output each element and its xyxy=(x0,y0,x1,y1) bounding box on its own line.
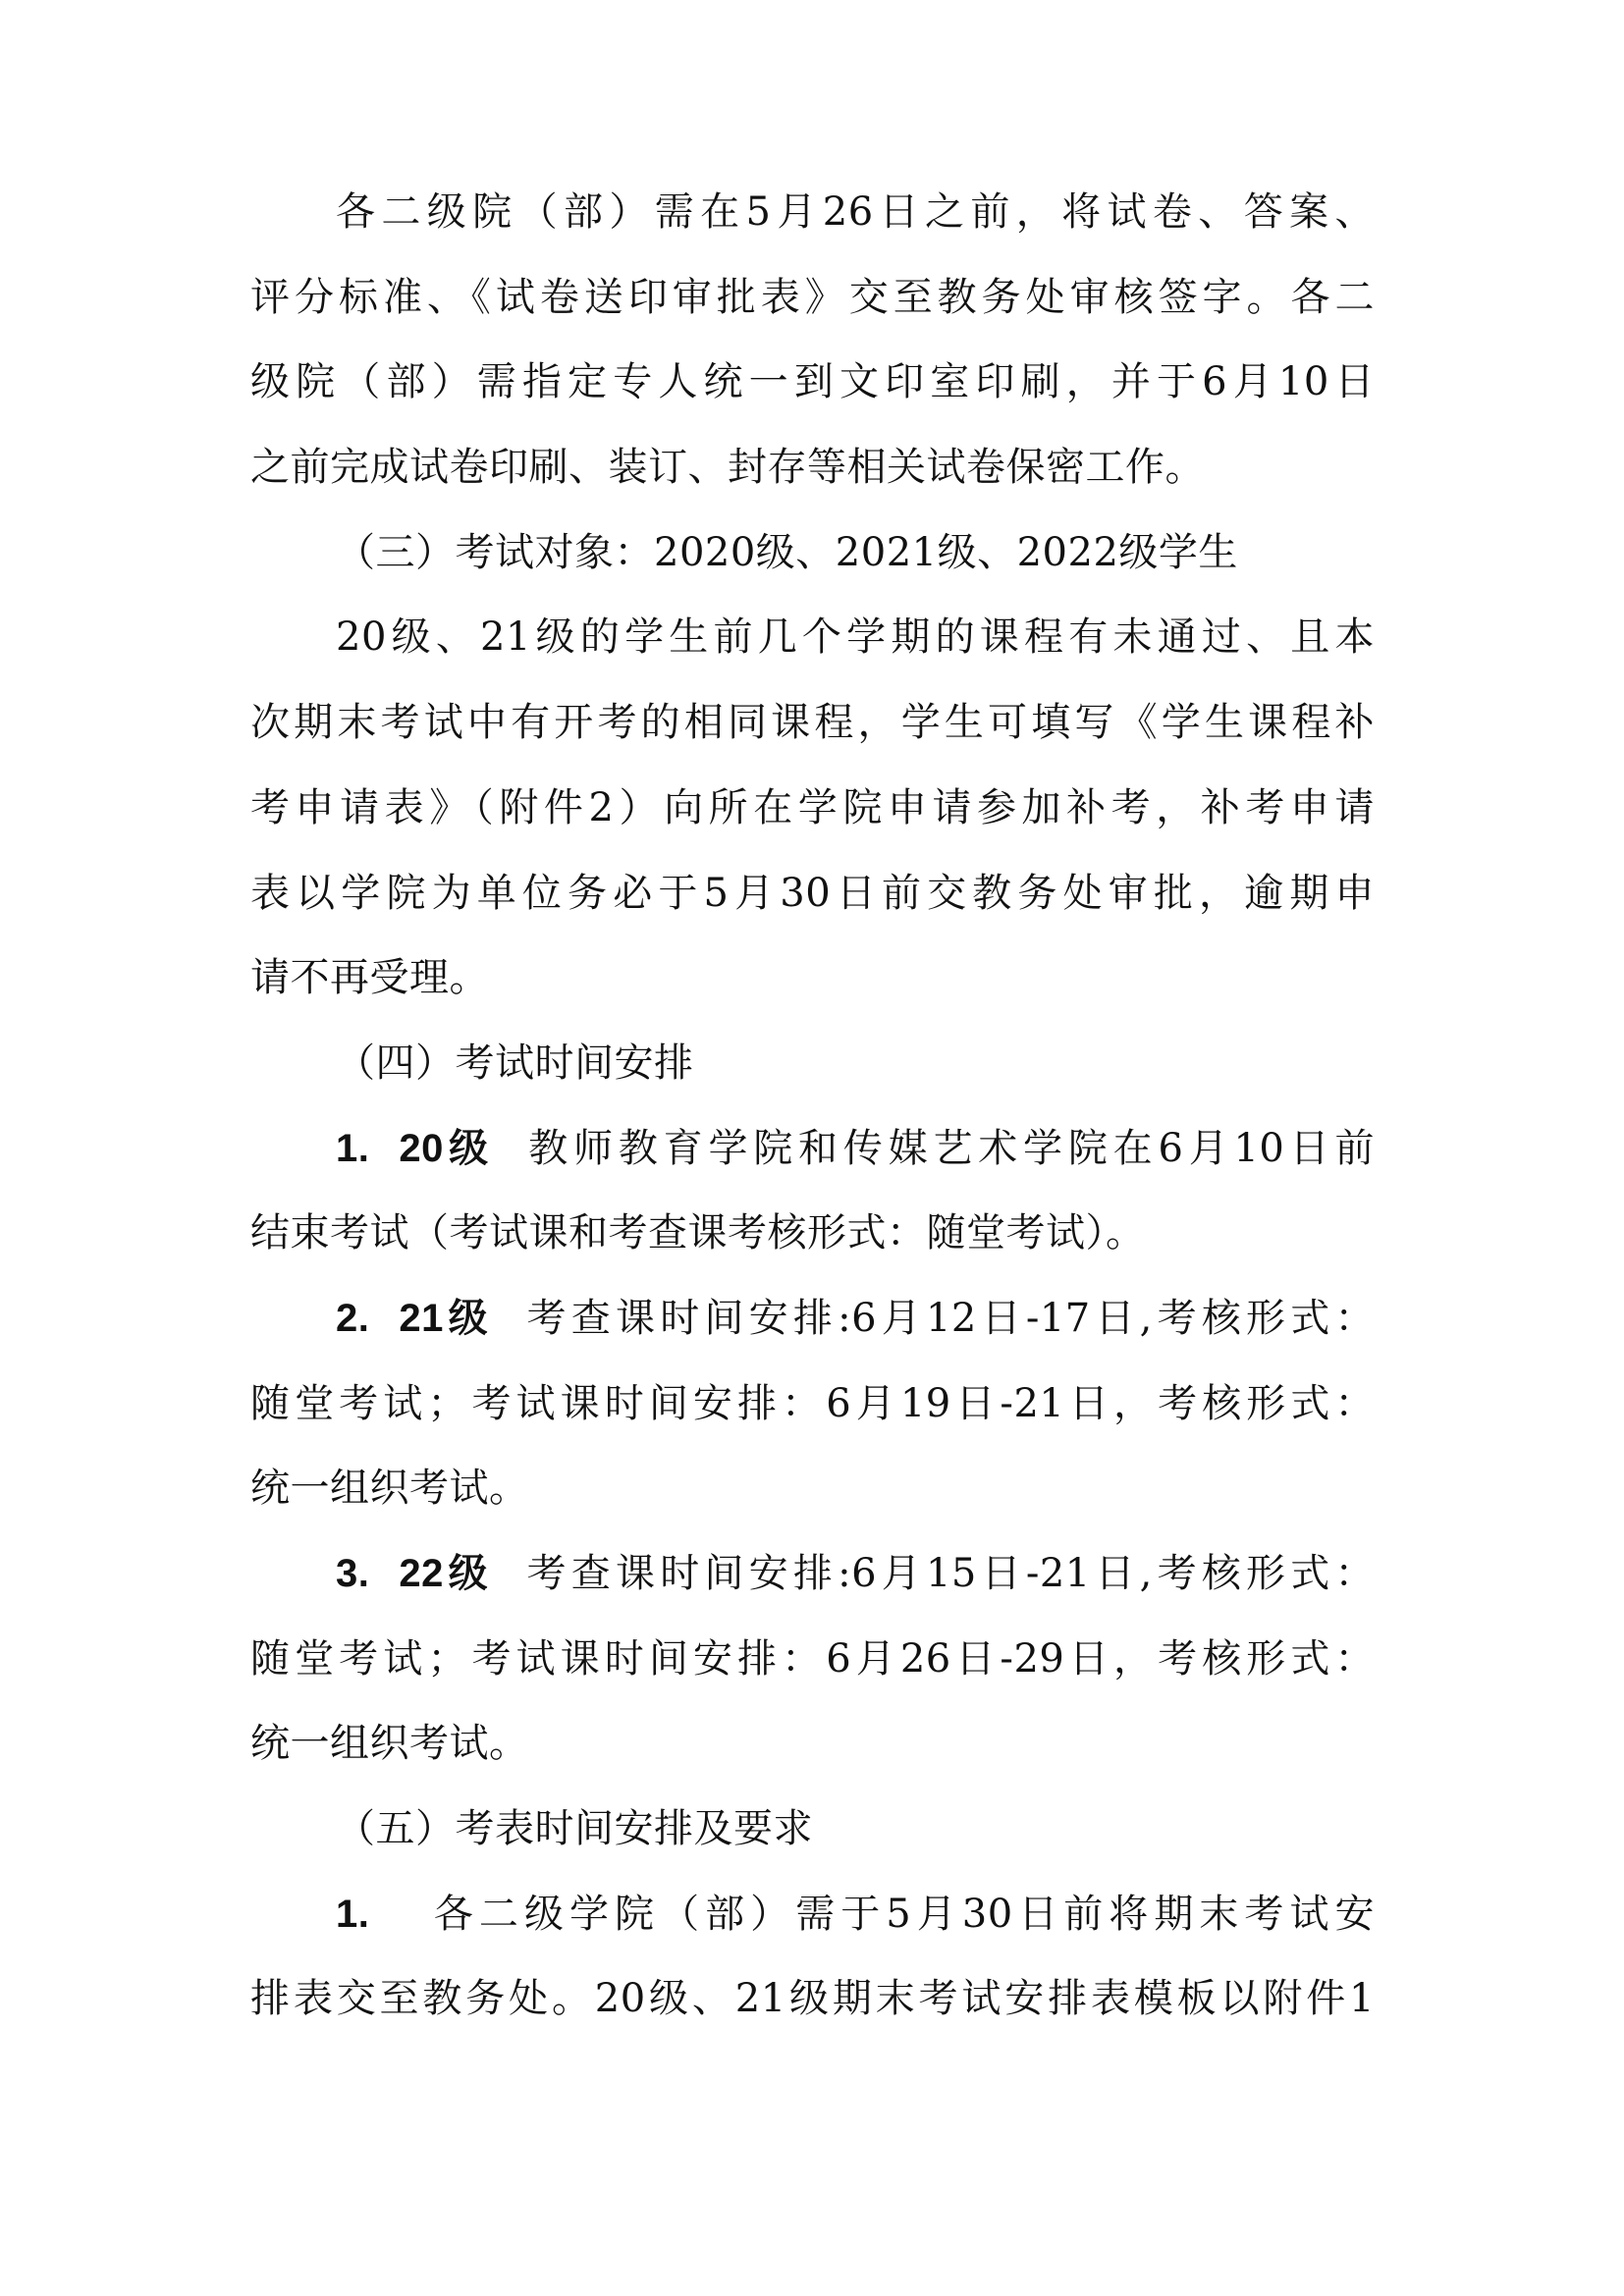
paragraph-line: 统一组织考试。 xyxy=(250,1446,1375,1531)
list-item-schedule: 1.各二级学院（部）需于5月30日前将期末考试安 xyxy=(250,1872,1375,1957)
paragraph-line: 表以学院为单位务必于5月30日前交教务处审批，逾期申 xyxy=(250,851,1375,936)
list-item-22: 3.22级考查课时间安排:6月15日-21日,考核形式： xyxy=(250,1531,1375,1617)
item-number: 2. xyxy=(336,1297,369,1340)
item-text: 考查课时间安排:6月15日-21日,考核形式： xyxy=(522,1551,1375,1596)
list-item-21: 2.21级考查课时间安排:6月12日-17日,考核形式： xyxy=(250,1276,1375,1362)
paragraph-line: 统一组织考试。 xyxy=(250,1701,1375,1787)
paragraph-line: 结束考试（考试课和考查课考核形式：随堂考试）。 xyxy=(250,1191,1375,1276)
item-number: 1. xyxy=(336,1127,369,1170)
paragraph-line: 排表交至教务处。20级、21级期末考试安排表模板以附件1 xyxy=(250,1956,1375,2042)
paragraph-line: 20级、21级的学生前几个学期的课程有未通过、且本 xyxy=(250,595,1375,680)
item-grade: 22级 xyxy=(399,1552,492,1595)
paragraph-line: 随堂考试；考试课时间安排：6月19日-21日，考核形式： xyxy=(250,1362,1375,1447)
section-heading-5: （五）考表时间安排及要求 xyxy=(250,1787,1375,1872)
paragraph-line: 评分标准、《试卷送印审批表》交至教务处审核签字。各二 xyxy=(250,255,1375,341)
paragraph-line: 考申请表》（附件2）向所在学院申请参加补考，补考申请 xyxy=(250,766,1375,851)
paragraph-line: 之前完成试卷印刷、装订、封存等相关试卷保密工作。 xyxy=(250,425,1375,510)
item-grade: 21级 xyxy=(399,1297,492,1340)
item-text: 教师教育学院和传媒艺术学院在6月10日前 xyxy=(523,1126,1375,1171)
item-text: 考查课时间安排:6月12日-17日,考核形式： xyxy=(522,1296,1375,1341)
section-heading-4: （四）考试时间安排 xyxy=(250,1021,1375,1106)
section-heading-3: （三）考试对象：2020级、2021级、2022级学生 xyxy=(250,510,1375,596)
paragraph-line: 各二级院（部）需在5月26日之前，将试卷、答案、 xyxy=(250,170,1375,255)
item-text: 各二级学院（部）需于5月30日前将期末考试安 xyxy=(428,1892,1375,1937)
list-item-20: 1.20级教师教育学院和传媒艺术学院在6月10日前 xyxy=(250,1106,1375,1192)
paragraph-line: 级院（部）需指定专人统一到文印室印刷，并于6月10日 xyxy=(250,340,1375,425)
item-number: 3. xyxy=(336,1552,369,1595)
item-number: 1. xyxy=(336,1893,369,1936)
paragraph-line: 请不再受理。 xyxy=(250,935,1375,1021)
document-page: 各二级院（部）需在5月26日之前，将试卷、答案、 评分标准、《试卷送印审批表》交… xyxy=(250,170,1375,2042)
item-grade: 20级 xyxy=(399,1127,494,1170)
paragraph-line: 随堂考试；考试课时间安排：6月26日-29日，考核形式： xyxy=(250,1617,1375,1702)
paragraph-line: 次期末考试中有开考的相同课程，学生可填写《学生课程补 xyxy=(250,680,1375,766)
